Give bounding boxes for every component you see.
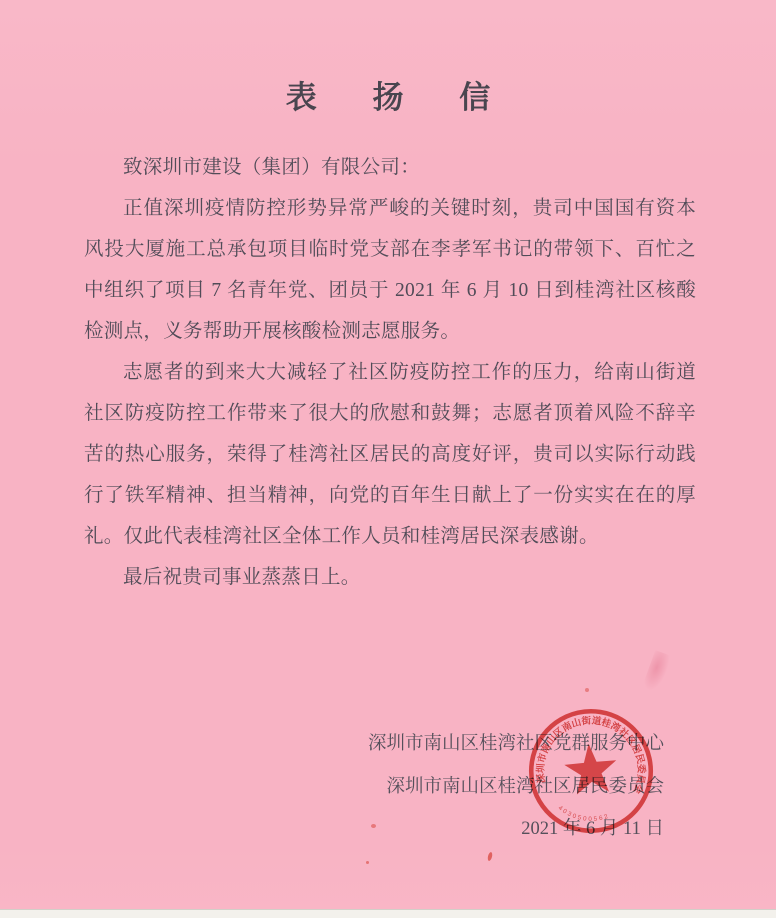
ink-speck bbox=[371, 824, 376, 828]
salutation: 致深圳市建设（集团）有限公司： bbox=[84, 147, 696, 188]
ink-speck bbox=[487, 852, 493, 862]
paragraph-3: 最后祝贵司事业蒸蒸日上。 bbox=[84, 557, 696, 598]
letter-sheet: 表扬信 致深圳市建设（集团）有限公司： 正值深圳疫情防控形势异常严峻的关键时刻，… bbox=[0, 0, 776, 918]
signature-date: 2021 年 6 月 11 日 bbox=[368, 808, 664, 851]
signature-block: 深圳市南山区桂湾社区党群服务中心 深圳市南山区桂湾社区居民委员会 2021 年 … bbox=[368, 723, 664, 851]
letter-body: 致深圳市建设（集团）有限公司： 正值深圳疫情防控形势异常严峻的关键时刻，贵司中国… bbox=[84, 147, 696, 598]
ink-smudge bbox=[642, 650, 673, 694]
ink-speck bbox=[585, 688, 589, 692]
signature-org-1: 深圳市南山区桂湾社区党群服务中心 bbox=[368, 723, 664, 766]
ink-speck bbox=[366, 861, 369, 864]
paragraph-2: 志愿者的到来大大减轻了社区防疫防控工作的压力，给南山街道社区防疫防控工作带来了很… bbox=[84, 352, 696, 557]
letter-title: 表扬信 bbox=[0, 72, 776, 117]
scan-bottom-edge bbox=[0, 909, 776, 918]
signature-org-2: 深圳市南山区桂湾社区居民委员会 bbox=[368, 766, 664, 809]
paragraph-1: 正值深圳疫情防控形势异常严峻的关键时刻，贵司中国国有资本风投大厦施工总承包项目临… bbox=[84, 188, 696, 352]
